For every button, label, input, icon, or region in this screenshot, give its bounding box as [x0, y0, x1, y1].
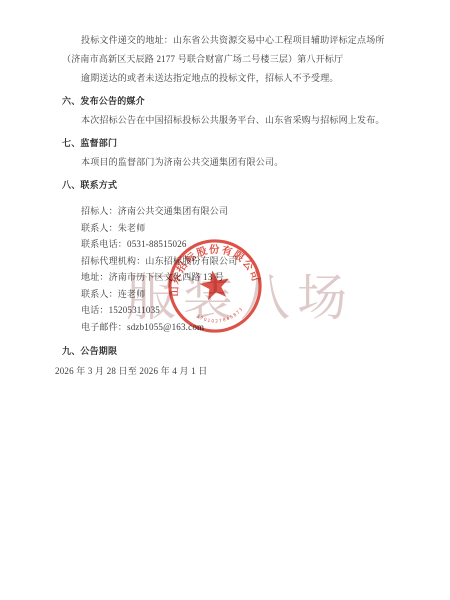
section-heading-media: 六、发布公告的媒介 — [62, 92, 402, 111]
contact-tenderee: 招标人：济南公共交通集团有限公司 — [81, 203, 402, 220]
section-heading-period: 九、公告期限 — [62, 342, 402, 361]
announcement-period: 2026 年 3 月 28 日至 2026 年 4 月 1 日 — [55, 362, 402, 381]
section-heading-supervision: 七、监督部门 — [62, 134, 402, 153]
contact-email: 电子邮件：sdzb1055@163.com — [81, 319, 402, 336]
contact-person-2: 联系人：连老师 — [81, 286, 402, 303]
contact-block: 招标人：济南公共交通集团有限公司 联系人：朱老师 联系电话：0531-88515… — [62, 203, 402, 335]
document-page: 服装八场 投标文件递交的地址：山东省公共资源交易中心工程项目辅助评标定点场所 （… — [0, 0, 450, 600]
contact-address: 地址：济南市历下区文化西路 13 号 — [81, 269, 402, 286]
paragraph-line: 本次招标公告在中国招标投标公共服务平台、山东省采购与招标网上发布。 — [62, 111, 402, 130]
contact-agency: 招标代理机构：山东招标股份有限公司 — [81, 253, 402, 270]
section-heading-contact: 八、联系方式 — [62, 176, 402, 195]
paragraph-line: 本项目的监督部门为济南公共交通集团有限公司。 — [62, 153, 402, 172]
contact-person-1: 联系人：朱老师 — [81, 220, 402, 237]
document-body: 投标文件递交的地址：山东省公共资源交易中心工程项目辅助评标定点场所 （济南市高新… — [62, 31, 402, 381]
contact-phone-2: 电话：15205311035 — [81, 302, 402, 319]
paragraph-line: （济南市高新区天辰路 2177 号联合财富广场二号楼三层）第八开标厅 — [62, 50, 402, 69]
paragraph-line: 投标文件递交的地址：山东省公共资源交易中心工程项目辅助评标定点场所 — [62, 31, 402, 50]
contact-phone-1: 联系电话：0531-88515026 — [81, 236, 402, 253]
paragraph-line: 逾期送达的或者未送达指定地点的投标文件，招标人不予受理。 — [62, 69, 402, 88]
